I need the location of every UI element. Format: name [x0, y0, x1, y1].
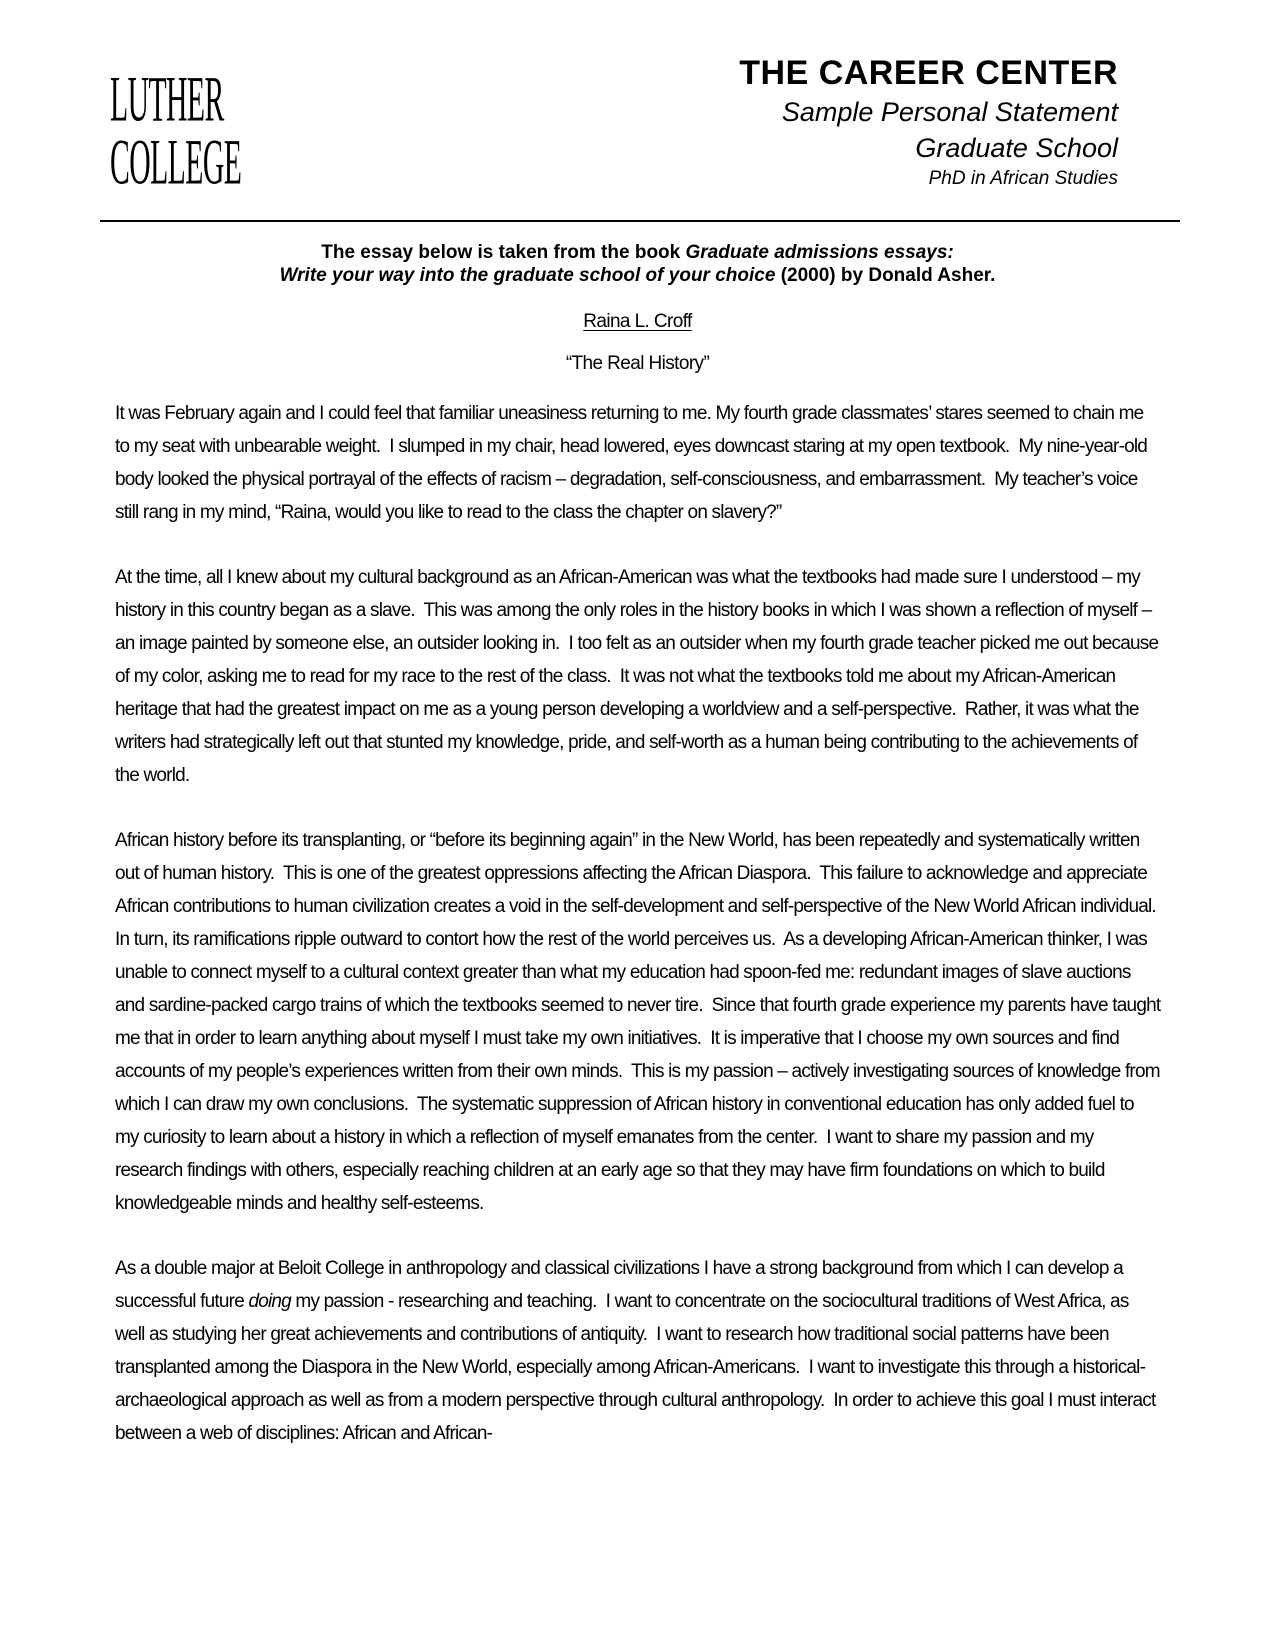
- text-segment: It was February again and I could feel t…: [115, 403, 1147, 523]
- source-note-line: Write your way into the graduate school …: [0, 264, 1275, 287]
- text-segment: At the time, all I knew about my cultura…: [115, 567, 1158, 786]
- divider-rule: [100, 220, 1180, 222]
- text-segment: African history before its transplanting…: [115, 830, 1160, 1214]
- sample-personal-statement-subtitle: Sample Personal Statement: [739, 99, 1118, 126]
- graduate-school-subtitle: Graduate School: [739, 135, 1118, 162]
- text-segment: my passion - researching and teaching. I…: [115, 1291, 1155, 1444]
- essay-title: “The Real History”: [0, 353, 1275, 375]
- author-name: Raina L. Croff: [0, 311, 1275, 333]
- source-note: The essay below is taken from the book G…: [0, 241, 1275, 287]
- text-segment: doing: [248, 1291, 291, 1312]
- logo-word-luther: LUTHER: [110, 68, 344, 131]
- document-page: LUTHER COLLEGE THE CAREER CENTER Sample …: [0, 0, 1275, 1650]
- source-note-line: The essay below is taken from the book G…: [0, 241, 1275, 264]
- phd-program-subtitle: PhD in African Studies: [739, 169, 1118, 188]
- masthead-text: THE CAREER CENTER Sample Personal Statem…: [739, 56, 1118, 188]
- text-segment: (2000) by Donald Asher.: [775, 265, 995, 286]
- text-segment: Graduate admissions essays:: [686, 242, 954, 263]
- essay-paragraph: It was February again and I could feel t…: [115, 397, 1162, 529]
- career-center-title: THE CAREER CENTER: [739, 56, 1118, 90]
- luther-college-logo: LUTHER COLLEGE: [110, 68, 344, 194]
- text-segment: The essay below is taken from the book: [321, 242, 685, 263]
- essay-paragraph: As a double major at Beloit College in a…: [115, 1252, 1162, 1450]
- masthead: LUTHER COLLEGE THE CAREER CENTER Sample …: [0, 0, 1275, 194]
- essay-body: It was February again and I could feel t…: [115, 397, 1162, 1450]
- essay-paragraph: African history before its transplanting…: [115, 824, 1162, 1220]
- essay-paragraph: At the time, all I knew about my cultura…: [115, 561, 1162, 792]
- text-segment: Write your way into the graduate school …: [280, 265, 776, 286]
- logo-word-college: COLLEGE: [110, 131, 344, 194]
